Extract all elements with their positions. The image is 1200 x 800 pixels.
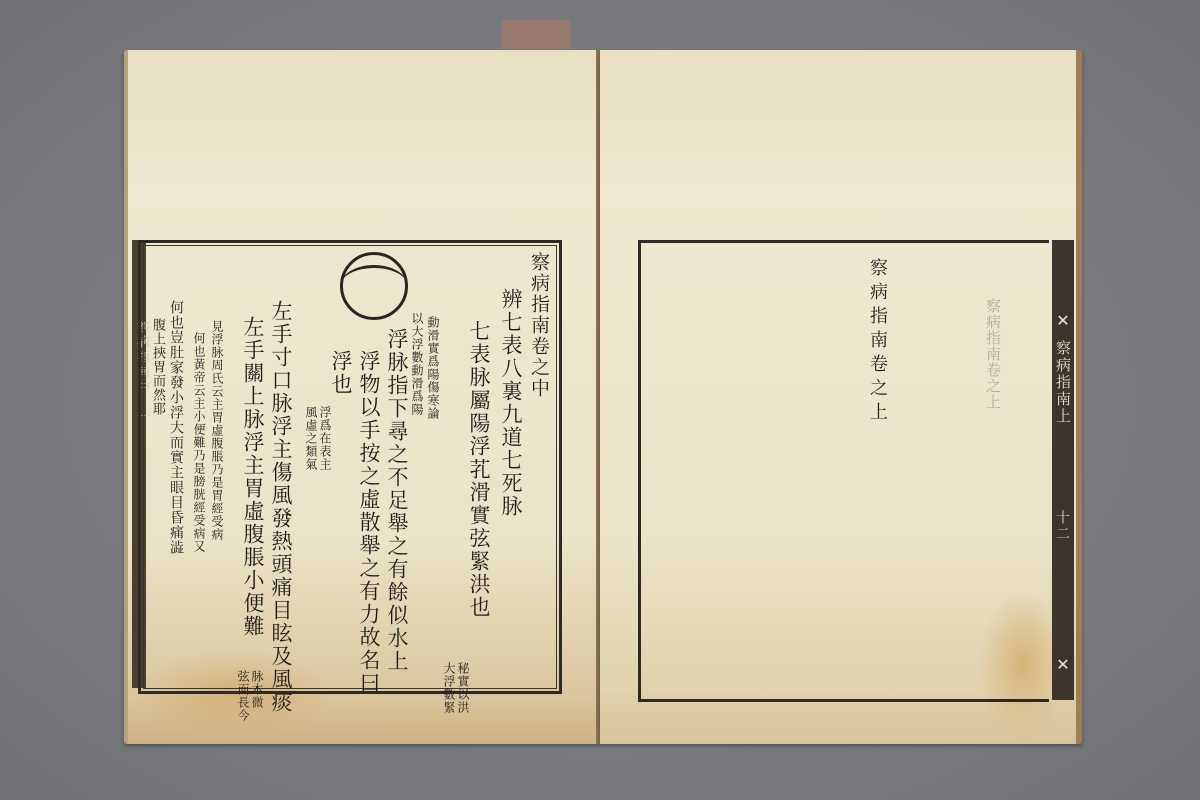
- annotation-column: 弦而長今: [236, 670, 249, 722]
- text-column: 辨七表八裏九道七死脉: [498, 288, 524, 518]
- text-column: 七表脉屬陽浮芤滑實弦緊洪也: [466, 320, 492, 619]
- annotation-column: 以大浮數動滑爲陽: [410, 312, 423, 416]
- right-page: 察病指南卷之上 察病指南卷之上 ✕ 察病指南上 十二 ✕: [600, 50, 1082, 744]
- annotation-column: 何也黃帝云主小便難乃是膀胱經受病又: [192, 332, 205, 553]
- text-column: 浮脉指下尋之不足舉之有餘似水上: [384, 328, 410, 673]
- page-number: 十二: [1052, 510, 1072, 542]
- pulse-diagram-circle: [340, 252, 408, 320]
- annotation-column: 大浮數緊: [442, 662, 455, 714]
- show-through-text: 察病指南卷之上: [984, 298, 1001, 410]
- text-column: 左手寸口脉浮主傷風發熱頭痛目眩及風痰: [268, 300, 294, 714]
- text-column: 浮也: [328, 350, 354, 396]
- open-book: 察病指南中 十 察病指南卷之中 辨七表八裏九道七死脉 七表脉屬陽浮芤滑實弦緊洪也…: [124, 50, 1082, 750]
- volume-title: 察病指南卷之上: [864, 258, 890, 426]
- annotation-column: 浮爲在表主: [318, 406, 331, 471]
- fishtail-mark-icon: ✕: [1054, 650, 1072, 680]
- chapter-heading: 察病指南卷之中: [526, 252, 553, 399]
- annotation-column: 秘實以洪: [456, 662, 469, 714]
- annotation-column: 風虛之類氣: [304, 406, 317, 471]
- spine-label: 察病指南上: [1053, 340, 1074, 425]
- annotation-column: 何也豈肚家發小浮大而實主眼目昏痛澁: [168, 300, 184, 555]
- left-page: 察病指南中 十 察病指南卷之中 辨七表八裏九道七死脉 七表脉屬陽浮芤滑實弦緊洪也…: [124, 50, 600, 744]
- annotation-column: 脉本微: [250, 670, 263, 709]
- annotation-column: 見浮脉周氏云主胃虛腹脹乃是胃經受病: [210, 320, 223, 541]
- fishtail-mark-icon: ✕: [1054, 306, 1072, 336]
- text-column: 浮物以手按之虛散舉之有力故名曰: [356, 350, 382, 695]
- annotation-column: 腹上挾胃而然耶: [150, 318, 164, 416]
- annotation-column: 動滑實爲陽傷寒論: [426, 316, 439, 420]
- text-column: 左手關上脉浮主胃虛腹脹小便難: [240, 316, 266, 638]
